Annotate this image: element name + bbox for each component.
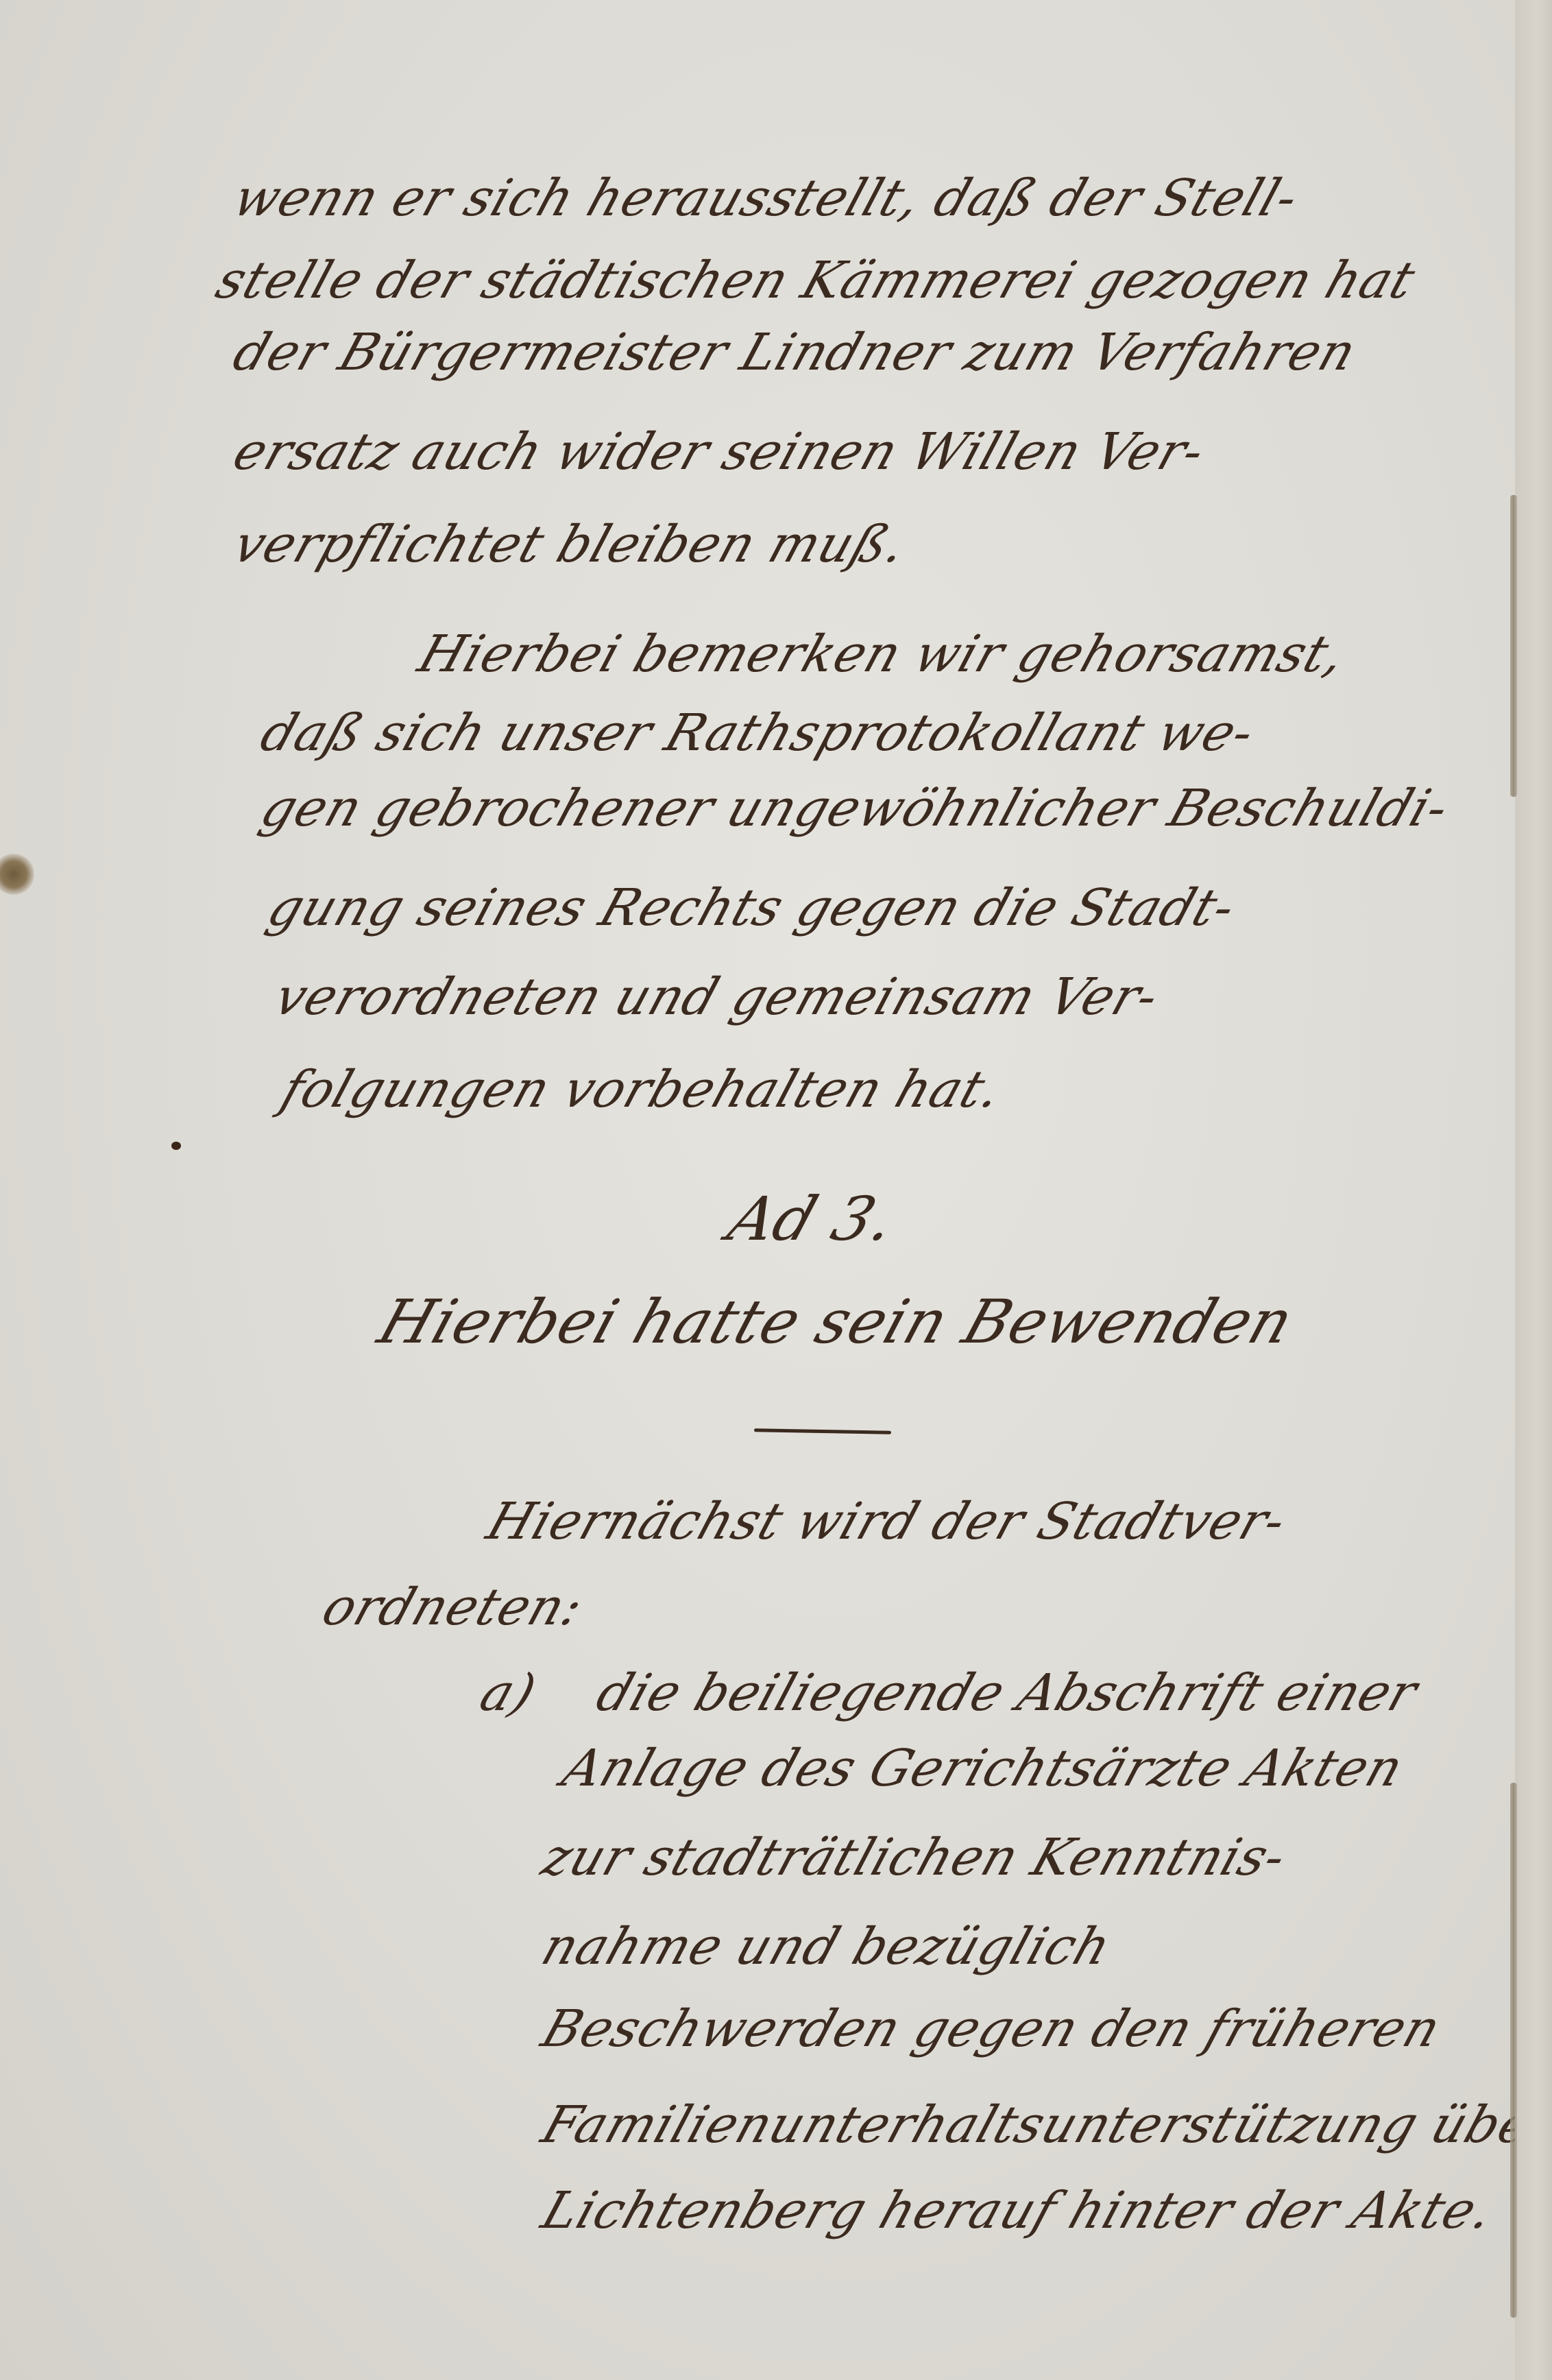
binding-thread-lower — [1510, 1783, 1517, 2318]
list-item-line: Familienunterhaltsunterstützung über — [535, 2095, 1552, 2154]
text-line: folgungen vorbehalten hat. — [274, 1060, 1010, 1119]
binding-thread-upper — [1510, 495, 1517, 797]
text-line: der Bürgermeister Lindner zum Verfahren — [226, 323, 1363, 382]
list-item-line: nahme und bezüglich — [535, 1917, 1119, 1976]
ink-dot — [171, 1142, 181, 1150]
manuscript-page: wenn er sich herausstellt, daß der Stell… — [0, 0, 1515, 2380]
text-line: verordneten und gemeinsam Ver- — [267, 967, 1167, 1026]
text-line: Hierbei bemerken wir gehorsamst, — [411, 625, 1353, 684]
text-line: gung seines Rechts gegen die Stadt- — [260, 878, 1243, 937]
list-item-line: Anlage des Gerichtsärzte Akten — [555, 1739, 1411, 1798]
list-marker: a) — [473, 1663, 544, 1722]
text-line: ersatz auch wider seinen Willen Ver- — [226, 422, 1213, 481]
adjacent-page-edge — [1515, 0, 1552, 2380]
text-line: gen gebrochener ungewöhnlicher Beschuldi… — [254, 779, 1456, 838]
text-line: daß sich unser Rathsprotokollant we- — [254, 704, 1262, 762]
list-item-line: zur stadträtlichen Kenntnis- — [535, 1828, 1294, 1887]
ink-stain — [0, 854, 34, 895]
list-item-line: Beschwerden gegen den früheren — [535, 1999, 1448, 2058]
text-line: ordneten: — [315, 1578, 591, 1637]
text-line: Hierbei hatte sein Bewenden — [370, 1286, 1302, 1357]
list-item-line: die beiliegende Abschrift einer — [590, 1663, 1425, 1722]
text-line: verpflichtet bleiben muß. — [226, 515, 914, 574]
list-item-line: Lichtenberg herauf hinter der Akte. — [535, 2181, 1501, 2240]
text-line: stelle der städtischen Kämmerei gezogen … — [209, 251, 1422, 310]
text-line: Hiernächst wird der Stadtver- — [480, 1492, 1294, 1551]
separator-rule — [754, 1428, 891, 1434]
text-line: wenn er sich herausstellt, daß der Stell… — [226, 169, 1306, 228]
section-heading: Ad 3. — [720, 1183, 905, 1254]
